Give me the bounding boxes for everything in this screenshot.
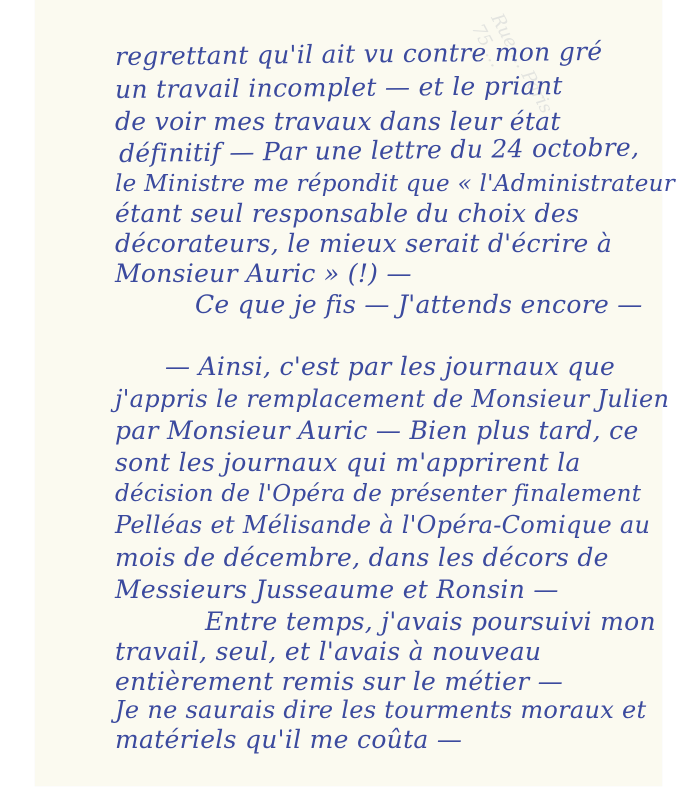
handwritten-line: un travail incomplet — et le priant [115,71,563,105]
handwritten-line: travail, seul, et l'avais à nouveau [115,637,541,667]
handwritten-line: décision de l'Opéra de présenter finalem… [115,479,641,509]
handwritten-line: étant seul responsable du choix des [115,199,579,229]
handwritten-line: sont les journaux qui m'apprirent la [115,448,581,478]
handwritten-line: de voir mes travaux dans leur état [115,107,561,137]
handwritten-line: Monsieur Auric » (!) — [115,259,412,289]
handwritten-line: par Monsieur Auric — Bien plus tard, ce [115,416,639,446]
handwritten-line: regrettant qu'il ait vu contre mon gré [115,37,603,72]
handwritten-line: le Ministre me répondit que « l'Administ… [115,169,675,199]
handwritten-line: entièrement remis sur le métier — [115,667,563,697]
letter-page: Rue ... Paris 75 ... regrettant qu'il ai… [35,0,662,786]
handwritten-line: Pelléas et Mélisande à l'Opéra-Comique a… [115,510,650,540]
handwritten-line: décorateurs, le mieux serait d'écrire à [115,229,612,259]
handwritten-line: Ce que je fis — J'attends encore — [195,290,643,320]
handwritten-line: définitif — Par une lettre du 24 octobre… [119,133,640,169]
handwritten-line: Je ne saurais dire les tourments moraux … [115,695,646,725]
handwritten-line: matériels qu'il me coûta — [115,725,462,755]
handwritten-line: j'appris le remplacement de Monsieur Jul… [115,384,669,414]
handwritten-line: — Ainsi, c'est par les journaux que [165,352,615,382]
handwritten-line: Entre temps, j'avais poursuivi mon [205,607,656,637]
handwritten-line: Messieurs Jusseaume et Ronsin — [115,575,559,605]
handwritten-line: mois de décembre, dans les décors de [115,543,609,573]
